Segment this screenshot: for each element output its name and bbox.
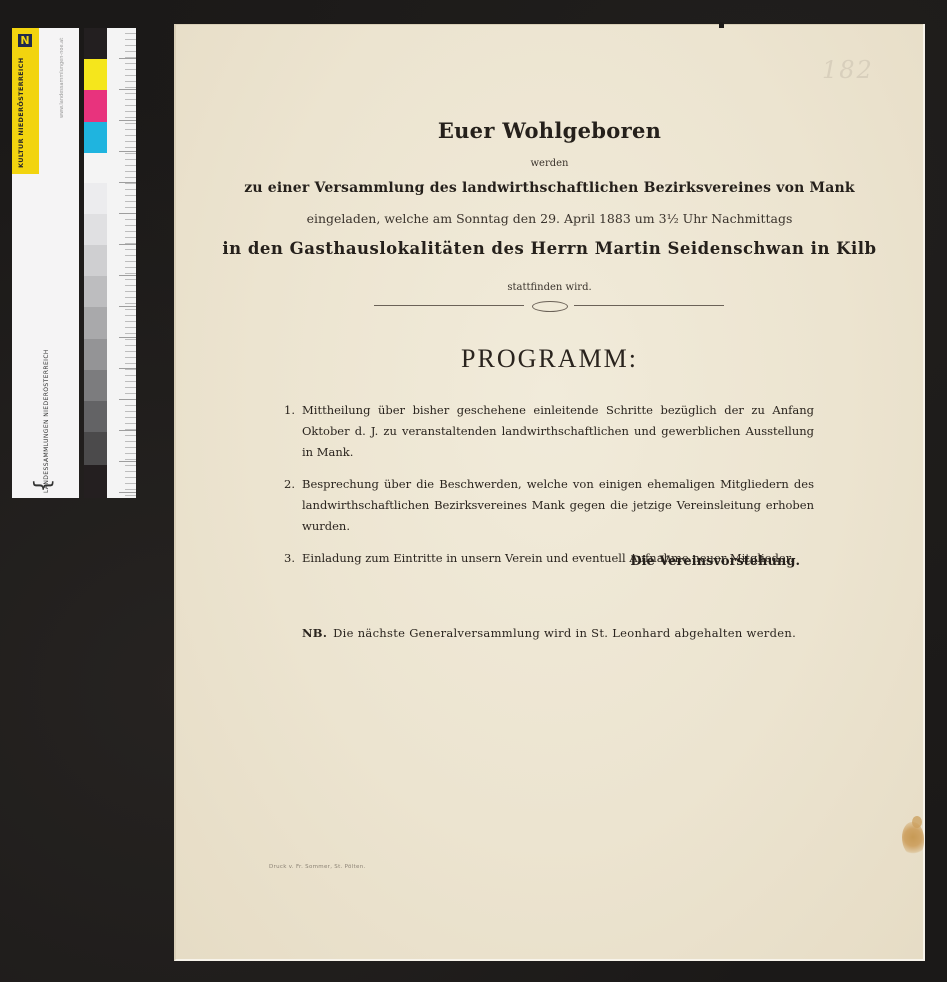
item-number: 3.: [284, 548, 295, 569]
invitation-line-1: zu einer Versammlung des landwirthschaft…: [174, 180, 925, 196]
invitation-line-3: in den Gasthauslokalitäten des Herrn Mar…: [174, 239, 925, 258]
program-item: 1. Mittheilung über bisher geschehene ei…: [284, 400, 814, 463]
gray-patch: [84, 339, 107, 370]
signature: Die Vereinsvorstehung.: [630, 554, 800, 569]
divider-rule-left: [374, 305, 524, 306]
document-sheet: 182 Euer Wohlgeboren werden zu einer Ver…: [174, 24, 925, 961]
invitation-line-2: eingeladen, welche am Sonntag den 29. Ap…: [174, 211, 925, 226]
patch-cyan: [84, 122, 107, 153]
ruler-major-ticks: [111, 28, 136, 498]
item-text: Mittheilung über bisher geschehene einle…: [302, 403, 814, 459]
kultur-noe-logo-icon: N: [18, 34, 32, 47]
paper-tear: [719, 22, 724, 28]
brand-bar: N KULTUR NIEDERÖSTERREICH: [12, 28, 39, 174]
foxing-stain: [912, 816, 922, 828]
gray-patch: [84, 307, 107, 339]
pencil-annotation: 182: [822, 56, 874, 84]
nb-label: NB.: [302, 626, 327, 640]
gray-patch: [84, 465, 107, 498]
divider-flourish-icon: [532, 301, 568, 312]
program-item: 2. Besprechung über die Beschwerden, wel…: [284, 474, 814, 537]
patch-black: [84, 28, 107, 59]
gray-patch: [84, 214, 107, 245]
ornamental-divider: [374, 302, 724, 310]
item-number: 1.: [284, 400, 295, 421]
invitation-line-4: stattfinden wird.: [174, 282, 925, 293]
gray-patch: [84, 245, 107, 276]
werden-text: werden: [174, 158, 925, 169]
item-text: Besprechung über die Beschwerden, welche…: [302, 477, 814, 533]
brand-text: KULTUR NIEDERÖSTERREICH: [17, 58, 25, 170]
color-patches: [84, 28, 107, 498]
item-number: 2.: [284, 474, 295, 495]
gray-patch: [84, 370, 107, 401]
nb-text: Die nächste Generalversammlung wird in S…: [333, 626, 796, 640]
nota-bene: NB.Die nächste Generalversammlung wird i…: [302, 626, 796, 640]
salutation: Euer Wohlgeboren: [174, 118, 925, 143]
gray-patch: [84, 432, 107, 465]
color-scale-strip: [84, 28, 136, 498]
printer-imprint: Druck v. Fr. Sommer, St. Pölten.: [269, 864, 366, 870]
brace-logo-icon: }: [31, 479, 56, 493]
patch-magenta: [84, 90, 107, 122]
program-title: PROGRAMM:: [174, 344, 925, 374]
url-text: www.landessammlungen-noe.at: [59, 38, 65, 148]
foxing-stain: [902, 822, 924, 856]
gray-patch: [84, 183, 107, 214]
program-list: 1. Mittheilung über bisher geschehene ei…: [284, 400, 814, 580]
calibration-card: N KULTUR NIEDERÖSTERREICH www.landessamm…: [12, 28, 79, 498]
gray-patch: [84, 276, 107, 307]
patch-yellow: [84, 59, 107, 90]
gray-patch: [84, 401, 107, 432]
divider-rule-right: [574, 305, 724, 306]
